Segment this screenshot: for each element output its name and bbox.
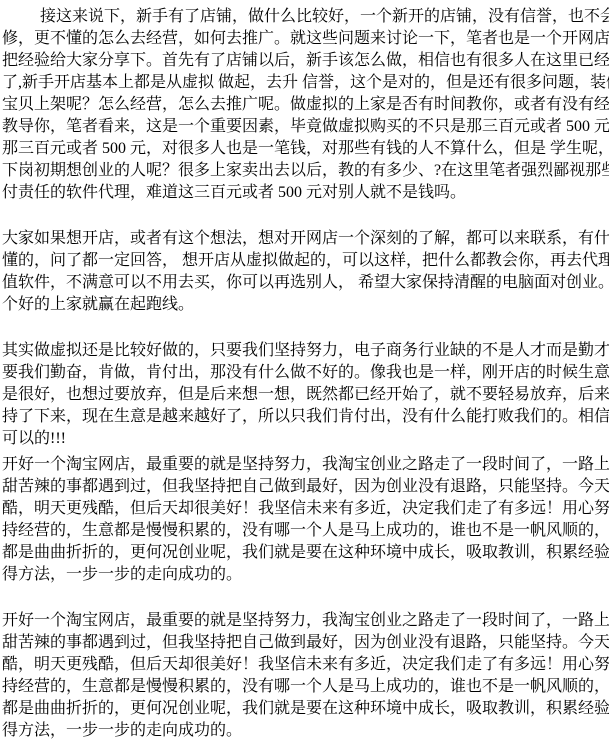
text-line: 得方法，一步一步的走向成功的。 (2, 720, 609, 742)
paragraph-3: 其实做虚拟还是比较好做的，只要我们坚持努力，电子商务行业缺的不是人才而是勤才,只… (2, 340, 609, 450)
text-line: 酷，明天更残酷，但后天却很美好！我坚信未来有多近，决定我们走了有多远！用心努力坚 (2, 498, 609, 520)
text-line: 要我们勤奋，肯做，肯付出，那没有什么做不好的。像我也是一样，刚开店的时候生意总不 (2, 362, 609, 384)
document-page: 接这来说下，新手有了店铺，做什么比较好，一个新开的店铺，没有信誉，也不会装 修，… (0, 0, 611, 753)
text-line: 那三百元或者 500 元，对很多人也是一笔钱，对那些有钱的人不算什么，但是 学生… (2, 138, 609, 160)
text-line: 都是曲曲折折的，更何况创业呢，我们就是要在这种环境中成长，吸取教训，积累经验,懂 (2, 542, 609, 564)
text-line: 接这来说下，新手有了店铺，做什么比较好，一个新开的店铺，没有信誉，也不会装 (2, 6, 609, 28)
paragraph-4: 开好一个淘宝网店，最重要的就是坚持努力，我淘宝创业之路走了一段时间了，一路上,酸… (2, 454, 609, 586)
paragraph-1: 接这来说下，新手有了店铺，做什么比较好，一个新开的店铺，没有信誉，也不会装 修，… (2, 6, 609, 204)
text-line: 了,新手开店基本上都是从虚拟 做起，去升 信誉，这个是对的，但是还有很多问题，装… (2, 72, 609, 94)
text-line: 修，更不懂的怎么去经营，如何去推广。就这些问题来讨论一下，笔者也是一个开网店的， (2, 28, 609, 50)
text-line: 持经营的，生意都是慢慢积累的，没有哪一个人是马上成功的，谁也不是一帆风顺的，生活 (2, 520, 609, 542)
text-line: 持经营的，生意都是慢慢积累的，没有哪一个人是马上成功的，谁也不是一帆风顺的，生活 (2, 676, 609, 698)
text-line: 个好的上家就赢在起跑线。 (2, 294, 609, 316)
text-line: 开好一个淘宝网店，最重要的就是坚持努力，我淘宝创业之路走了一段时间了，一路上,酸 (2, 610, 609, 632)
text-line: 付责任的软件代理，难道这三百元或者 500 元对别人就不是钱吗。 (2, 182, 609, 204)
text-line: 酷，明天更残酷，但后天却很美好！我坚信未来有多近，决定我们走了有多远！用心努力坚 (2, 654, 609, 676)
text-line: 懂的，问了都一定回答， 想开店从虚拟做起的，可以这样，把什么都教会你，再去代理充 (2, 250, 609, 272)
text-line: 大家如果想开店，或者有这个想法，想对开网店一个深刻的了解，都可以来联系，有什么不 (2, 228, 609, 250)
text-line: 宝贝上架呢？怎么经营，怎么去推广呢。做虚拟的上家是否有时间教你，或者有没有经验去 (2, 94, 609, 116)
text-line: 持了下来，现在生意是越来越好了，所以只我们肯付出，没有什么能打败我们的。相信你也 (2, 406, 609, 428)
text-line: 下岗初期想创业的人呢？很多上家卖出去以后，教的有多少、?在这里笔者强烈鄙视那些不 (2, 160, 609, 182)
paragraph-2: 大家如果想开店，或者有这个想法，想对开网店一个深刻的了解，都可以来联系，有什么不… (2, 228, 609, 316)
text-line: 可以的!!! (2, 428, 609, 450)
text-line: 其实做虚拟还是比较好做的，只要我们坚持努力，电子商务行业缺的不是人才而是勤才,只 (2, 340, 609, 362)
text-line: 开好一个淘宝网店，最重要的就是坚持努力，我淘宝创业之路走了一段时间了，一路上,酸 (2, 454, 609, 476)
text-line: 值软件，不满意可以不用去买，你可以再选别人， 希望大家保持清醒的电脑面对创业。找 (2, 272, 609, 294)
text-line: 教导你，笔者看来，这是一个重要因素，毕竟做虚拟购买的不只是那三百元或者 500 … (2, 116, 609, 138)
text-line: 是很好，也想过要放弃，但是后来想一想，既然都已经开始了，就不要轻易放弃，后来就坚 (2, 384, 609, 406)
text-line: 甜苦辣的事都遇到过，但我坚持把自己做到最好，因为创业没有退路，只能坚持。今天很残 (2, 632, 609, 654)
paragraph-5: 开好一个淘宝网店，最重要的就是坚持努力，我淘宝创业之路走了一段时间了，一路上,酸… (2, 610, 609, 742)
text-line: 都是曲曲折折的，更何况创业呢，我们就是要在这种环境中成长，吸取教训，积累经验,懂 (2, 698, 609, 720)
text-line: 把经验给大家分享下。首先有了店铺以后，新手该怎么做，相信也有很多人在这里已经了解 (2, 50, 609, 72)
text-line: 得方法，一步一步的走向成功的。 (2, 564, 609, 586)
text-line: 甜苦辣的事都遇到过，但我坚持把自己做到最好，因为创业没有退路，只能坚持。今天很残 (2, 476, 609, 498)
